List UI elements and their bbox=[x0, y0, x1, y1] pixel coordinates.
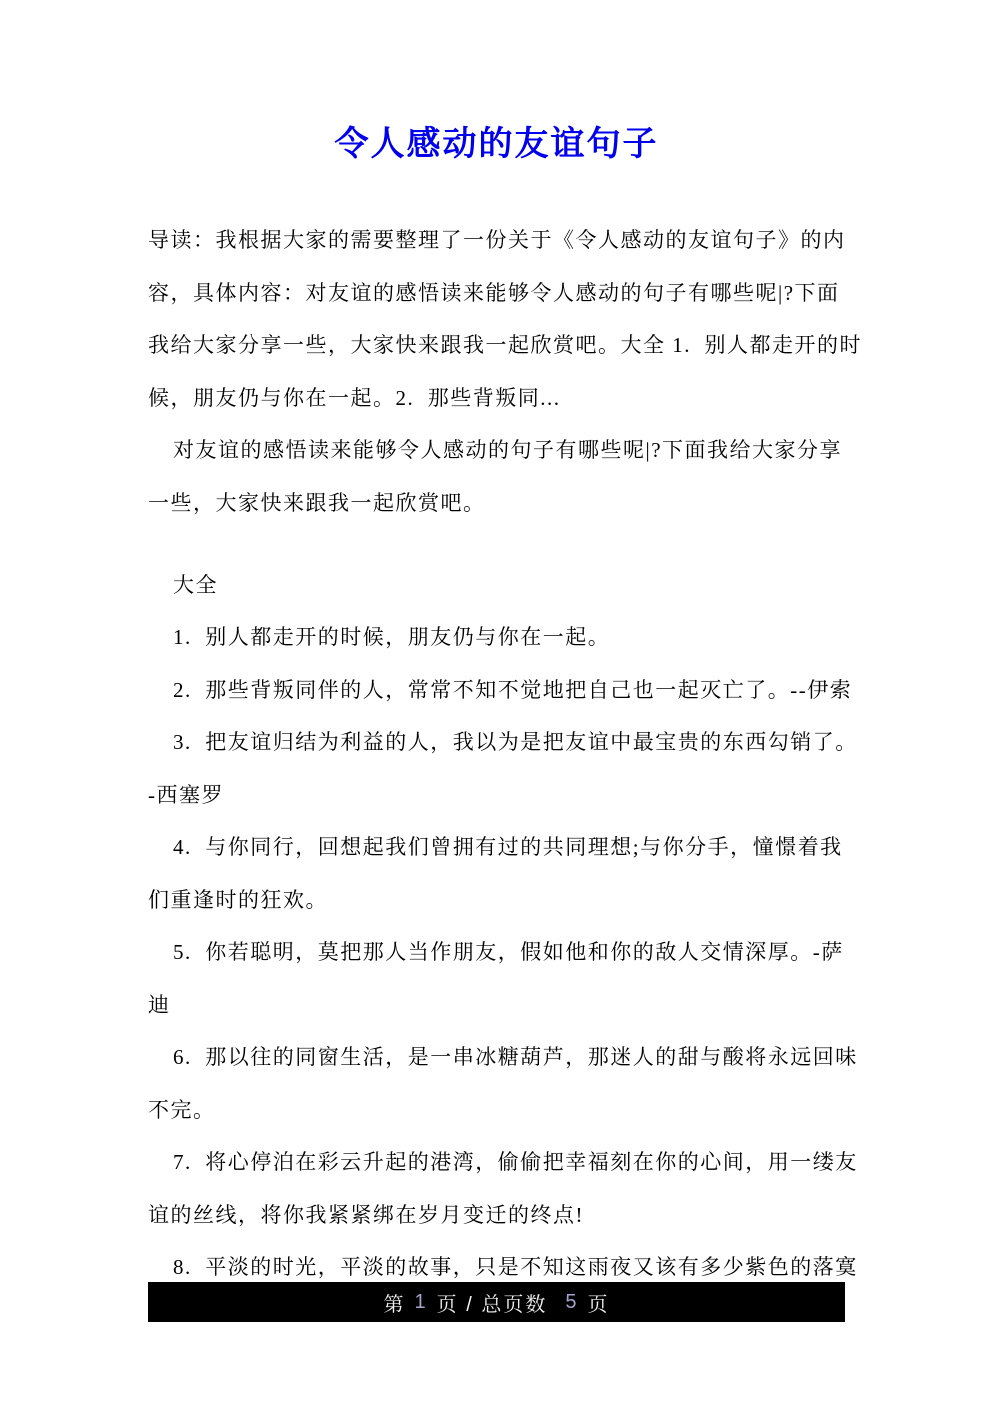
footer-label-middle: 页 / 总页数 bbox=[437, 1288, 548, 1317]
text-line: 迪 bbox=[148, 979, 852, 1032]
footer-label-suffix: 页 bbox=[587, 1288, 609, 1317]
document-page: 令人感动的友谊句子 导读：我根据大家的需要整理了一份关于《令人感动的友谊句子》的… bbox=[0, 0, 993, 1404]
text-line: 容，具体内容：对友谊的感悟读来能够令人感动的句子有哪些呢|?下面 bbox=[148, 267, 852, 320]
text-line: 6. 那以往的同窗生活，是一串冰糖葫芦，那迷人的甜与酸将永远回味 bbox=[148, 1031, 852, 1084]
text-line: 一些，大家快来跟我一起欣赏吧。 bbox=[148, 477, 852, 530]
text-line: 谊的丝线，将你我紧紧绑在岁月变迁的终点! bbox=[148, 1189, 852, 1242]
text-line: 对友谊的感悟读来能够令人感动的句子有哪些呢|?下面我给大家分享 bbox=[148, 424, 852, 477]
footer-label-prefix: 第 bbox=[384, 1288, 406, 1317]
text-line: 5. 你若聪明，莫把那人当作朋友，假如他和你的敌人交情深厚。-萨 bbox=[148, 926, 852, 979]
text-line: 候，朋友仍与你在一起。2. 那些背叛同... bbox=[148, 372, 852, 425]
footer-total-pages-number: 5 bbox=[565, 1291, 578, 1314]
text-line: 导读：我根据大家的需要整理了一份关于《令人感动的友谊句子》的内 bbox=[148, 214, 852, 267]
footer-current-page-number: 1 bbox=[415, 1291, 428, 1314]
text-line: 不完。 bbox=[148, 1084, 852, 1137]
document-title: 令人感动的友谊句子 bbox=[0, 124, 993, 166]
text-line: 大全 bbox=[148, 559, 852, 612]
text-line: 7. 将心停泊在彩云升起的港湾，偷偷把幸福刻在你的心间，用一缕友 bbox=[148, 1136, 852, 1189]
text-line: 3. 把友谊归结为利益的人，我以为是把友谊中最宝贵的东西勾销了。 bbox=[148, 716, 852, 769]
page-footer-bar: 第 1 页 / 总页数 5 页 bbox=[148, 1282, 845, 1322]
text-line: 1. 别人都走开的时候，朋友仍与你在一起。 bbox=[148, 611, 852, 664]
text-line: 2. 那些背叛同伴的人，常常不知不觉地把自己也一起灭亡了。--伊索 bbox=[148, 664, 852, 717]
text-line: 们重逢时的狂欢。 bbox=[148, 874, 852, 927]
paragraph-spacer bbox=[148, 529, 852, 559]
document-body: 导读：我根据大家的需要整理了一份关于《令人感动的友谊句子》的内容，具体内容：对友… bbox=[148, 214, 852, 1294]
text-line: -西塞罗 bbox=[148, 769, 852, 822]
text-line: 4. 与你同行，回想起我们曾拥有过的共同理想;与你分手，憧憬着我 bbox=[148, 821, 852, 874]
text-line: 我给大家分享一些，大家快来跟我一起欣赏吧。大全 1. 别人都走开的时 bbox=[148, 319, 852, 372]
